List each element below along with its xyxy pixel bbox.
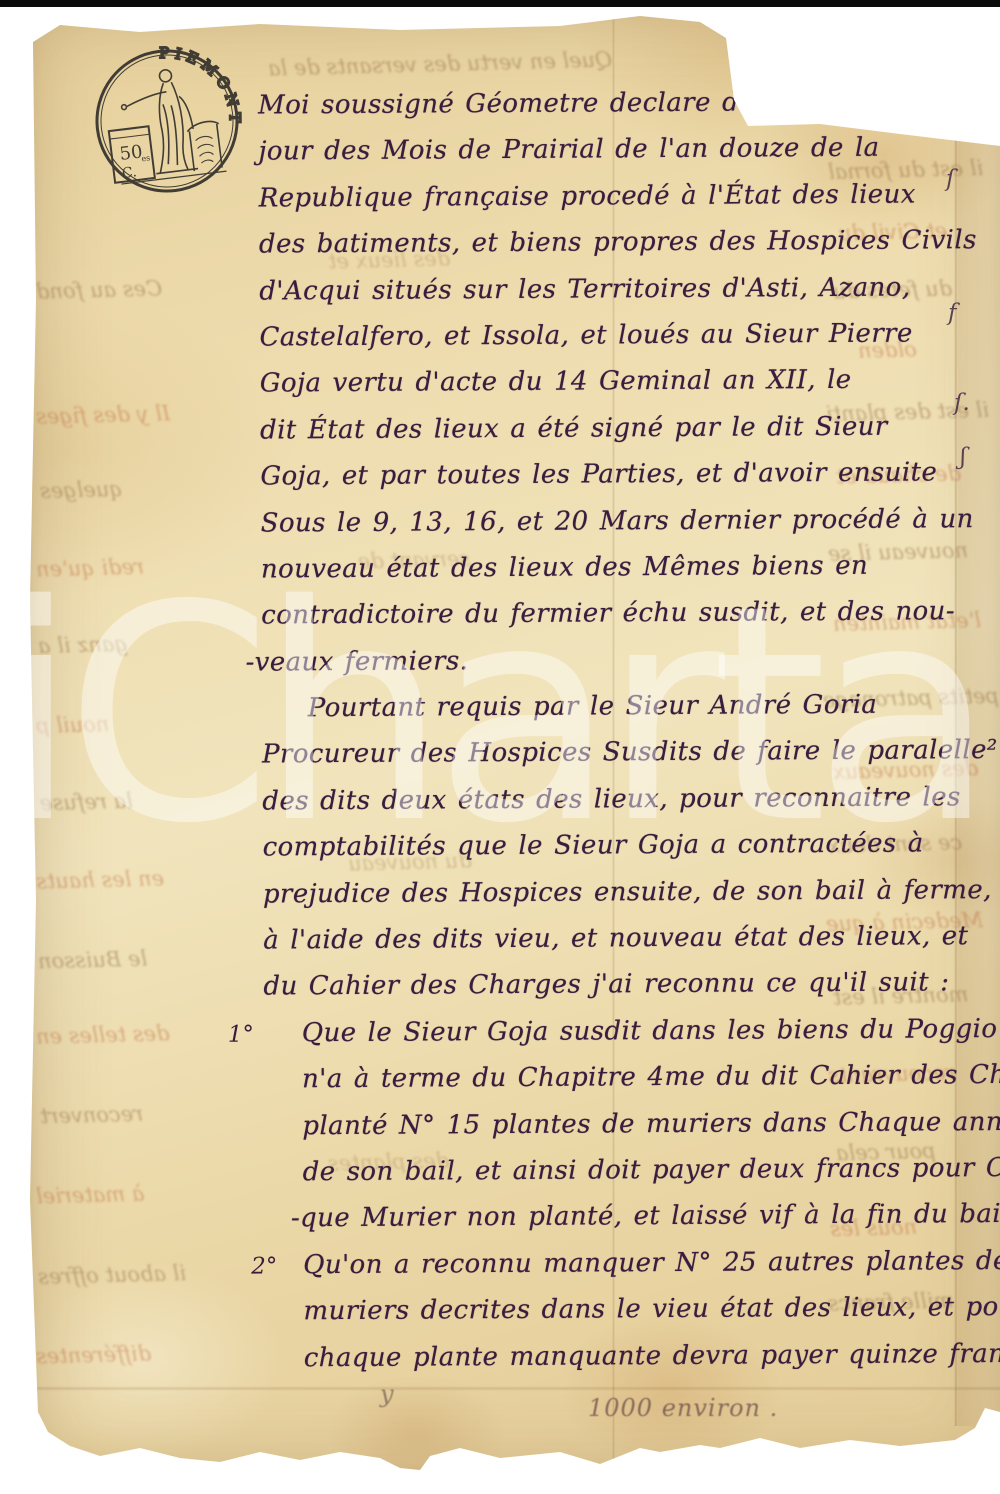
handwritten-line: Goja, et par toutes les Parties, et d'av… (260, 457, 1000, 508)
handwritten-line: du Cahier des Charges j'ai reconnu ce qu… (263, 967, 1000, 1018)
line-text: -que Murier non planté, et laissé vif à … (291, 1199, 1000, 1233)
handwritten-line: -que Murier non planté, et laissé vif à … (291, 1199, 1000, 1250)
bleedthrough-line: la refuse (40, 789, 133, 815)
line-text: muriers decrites dans le vieu état des l… (303, 1292, 1000, 1326)
handwritten-line: contradictoire du fermier échu susdit, e… (261, 596, 1000, 647)
ink-fragment: u (948, 92, 963, 118)
bleedthrough-line: des telles en (36, 1021, 170, 1048)
item-number: 2° (251, 1253, 277, 1279)
handwritten-line: Castelalfero, et Issola, et loués au Sie… (259, 317, 1000, 368)
scan-edge (0, 0, 1000, 7)
stamp-unit: es (141, 153, 151, 163)
line-text: Qu'on a reconnu manquer N° 25 autres pla… (303, 1246, 1000, 1280)
line-text: des dits deux états des lieux, pour reco… (262, 782, 961, 816)
line-text: Pourtant requis par le Sieur André Goria (308, 690, 878, 723)
line-text: Procureur des Hospices Susdits de faire … (262, 735, 998, 769)
stamp-value: 50 (118, 141, 143, 165)
bleedthrough-line: ganz il a (38, 632, 128, 658)
line-text: Republique française procedé à l'État de… (259, 179, 916, 213)
line-text: jour des Mois de Prairial de l'an douze … (258, 133, 879, 167)
manuscript-page: Quel en vertu des versants de la Ces au … (28, 8, 1000, 1478)
bleedthrough-line: quelges (40, 477, 123, 503)
line-text: Goja, et par toutes les Parties, et d'av… (260, 457, 937, 491)
line-text: Sous le 9, 13, 16, et 20 Mars dernier pr… (261, 504, 974, 538)
document-scan: Quel en vertu des versants de la Ces au … (0, 0, 1000, 1494)
bleedthrough-line: en les hauts (36, 866, 165, 893)
ink-fragment: f (948, 300, 957, 326)
line-text: Que le Sieur Goja susdit dans les biens … (302, 1014, 1000, 1048)
handwritten-line: 1°Que le Sieur Goja susdit dans les bien… (302, 1013, 1000, 1064)
bleedthrough-line: Ces au fond (36, 276, 163, 303)
line-text: prejudice des Hospices ensuite, de son b… (263, 875, 992, 909)
manuscript-text: Moi soussigné Géometre declare d'avoir l… (258, 86, 1000, 1390)
stamp-altar-eagle (187, 120, 225, 171)
line-text: des batiments, et biens propres des Hosp… (259, 225, 977, 259)
handwritten-line: chaque plante manquante devra payer quin… (304, 1338, 1000, 1389)
handwritten-line: dit État des lieux a été signé par le di… (260, 410, 1000, 461)
line-text: de son bail, et ainsi doit payer deux fr… (303, 1153, 1000, 1188)
line-text: nouveau état des lieux des Mêmes biens e… (261, 551, 868, 585)
line-text: contradictoire du fermier échu susdit, e… (261, 597, 955, 631)
handwritten-line: Procureur des Hospices Susdits de faire … (262, 735, 1000, 786)
faded-footer-line: 1000 environ . (588, 1394, 778, 1422)
revenue-stamp: PIEMONT . (92, 46, 242, 196)
bleedthrough-line: reconvert (40, 1102, 144, 1129)
handwritten-line: Pourtant requis par le Sieur André Goria (308, 689, 1000, 740)
stamp-denomination: 50 es C. (109, 126, 155, 182)
handwritten-line: Moi soussigné Géometre declare d'avoir l… (258, 86, 1000, 137)
handwritten-line: prejudice des Hospices ensuite, de son b… (263, 874, 1000, 925)
handwritten-line: à l'aide des dits vieu, et nouveau état … (263, 921, 1000, 972)
handwritten-line: de son bail, et ainsi doit payer deux fr… (303, 1152, 1000, 1203)
line-text: chaque plante manquante devra payer quin… (304, 1338, 1000, 1373)
handwritten-line: d'Acqui situés sur les Territoires d'Ast… (259, 271, 1000, 322)
stamp-currency: C. (121, 164, 138, 182)
faded-footer-fragment: y (380, 1380, 394, 1408)
handwritten-line: Republique française procedé à l'État de… (259, 178, 1000, 229)
bleedthrough-line: Les f (868, 77, 920, 102)
bleedthrough-line: Il y des figes (36, 401, 171, 429)
line-text: d'Acqui situés sur les Territoires d'Ast… (259, 272, 910, 306)
line-text: n'a à terme du Chapitre 4me du dit Cahie… (302, 1060, 1000, 1095)
line-text: comptabilités que le Sieur Goja a contra… (263, 829, 924, 863)
line-text: planté N° 15 plantes de muriers dans Cha… (302, 1106, 1000, 1140)
handwritten-line: 2°Qu'on a reconnu manquer N° 25 autres p… (303, 1245, 1000, 1296)
bleedthrough-line: il about offres (38, 1261, 187, 1289)
handwritten-line: jour des Mois de Prairial de l'an douze … (258, 132, 1000, 183)
handwritten-line: comptabilités que le Sieur Goja a contra… (263, 828, 1000, 879)
handwritten-line: des batiments, et biens propres des Hosp… (259, 225, 1000, 276)
handwritten-line: -veaux fermiers. (245, 642, 1000, 693)
bleedthrough-line: le Buisson (38, 947, 148, 974)
line-text: Goja vertu d'acte du 14 Geminal an XII, … (260, 365, 852, 399)
bleedthrough-line: à materiel (36, 1182, 145, 1209)
bleedthrough-line: Quel en vertu des versants de la (268, 47, 613, 80)
handwritten-line: n'a à terme du Chapitre 4me du dit Cahie… (302, 1060, 1000, 1111)
ink-fragment: ſ (946, 166, 955, 192)
bleedthrough-line: différentes (36, 1341, 152, 1368)
handwritten-line: nouveau état des lieux des Mêmes biens e… (261, 549, 1000, 600)
ink-fragment: ſ. (954, 390, 970, 416)
handwritten-line: Goja vertu d'acte du 14 Geminal an XII, … (260, 364, 1000, 415)
line-text: -veaux fermiers. (245, 646, 468, 677)
line-text: Castelalfero, et Issola, et loués au Sie… (259, 318, 912, 352)
ink-fragment: ʃ (960, 444, 966, 470)
handwritten-line: planté N° 15 plantes de muriers dans Cha… (302, 1106, 1000, 1157)
handwritten-line: Sous le 9, 13, 16, et 20 Mars dernier pr… (261, 503, 1000, 554)
bleedthrough-line: nouil p (36, 712, 110, 738)
bleedthrough-line: redi qu'en (36, 555, 145, 582)
handwritten-line: des dits deux états des lieux, pour reco… (262, 781, 1000, 832)
item-number: 1° (228, 1021, 254, 1047)
line-text: à l'aide des dits vieu, et nouveau état … (263, 921, 968, 955)
handwritten-line: muriers decrites dans le vieu état des l… (303, 1292, 1000, 1343)
line-text: dit État des lieux a été signé par le di… (260, 411, 888, 445)
line-text: Moi soussigné Géometre declare d'avoir l… (258, 86, 971, 120)
line-text: du Cahier des Charges j'ai reconnu ce qu… (263, 968, 949, 1002)
